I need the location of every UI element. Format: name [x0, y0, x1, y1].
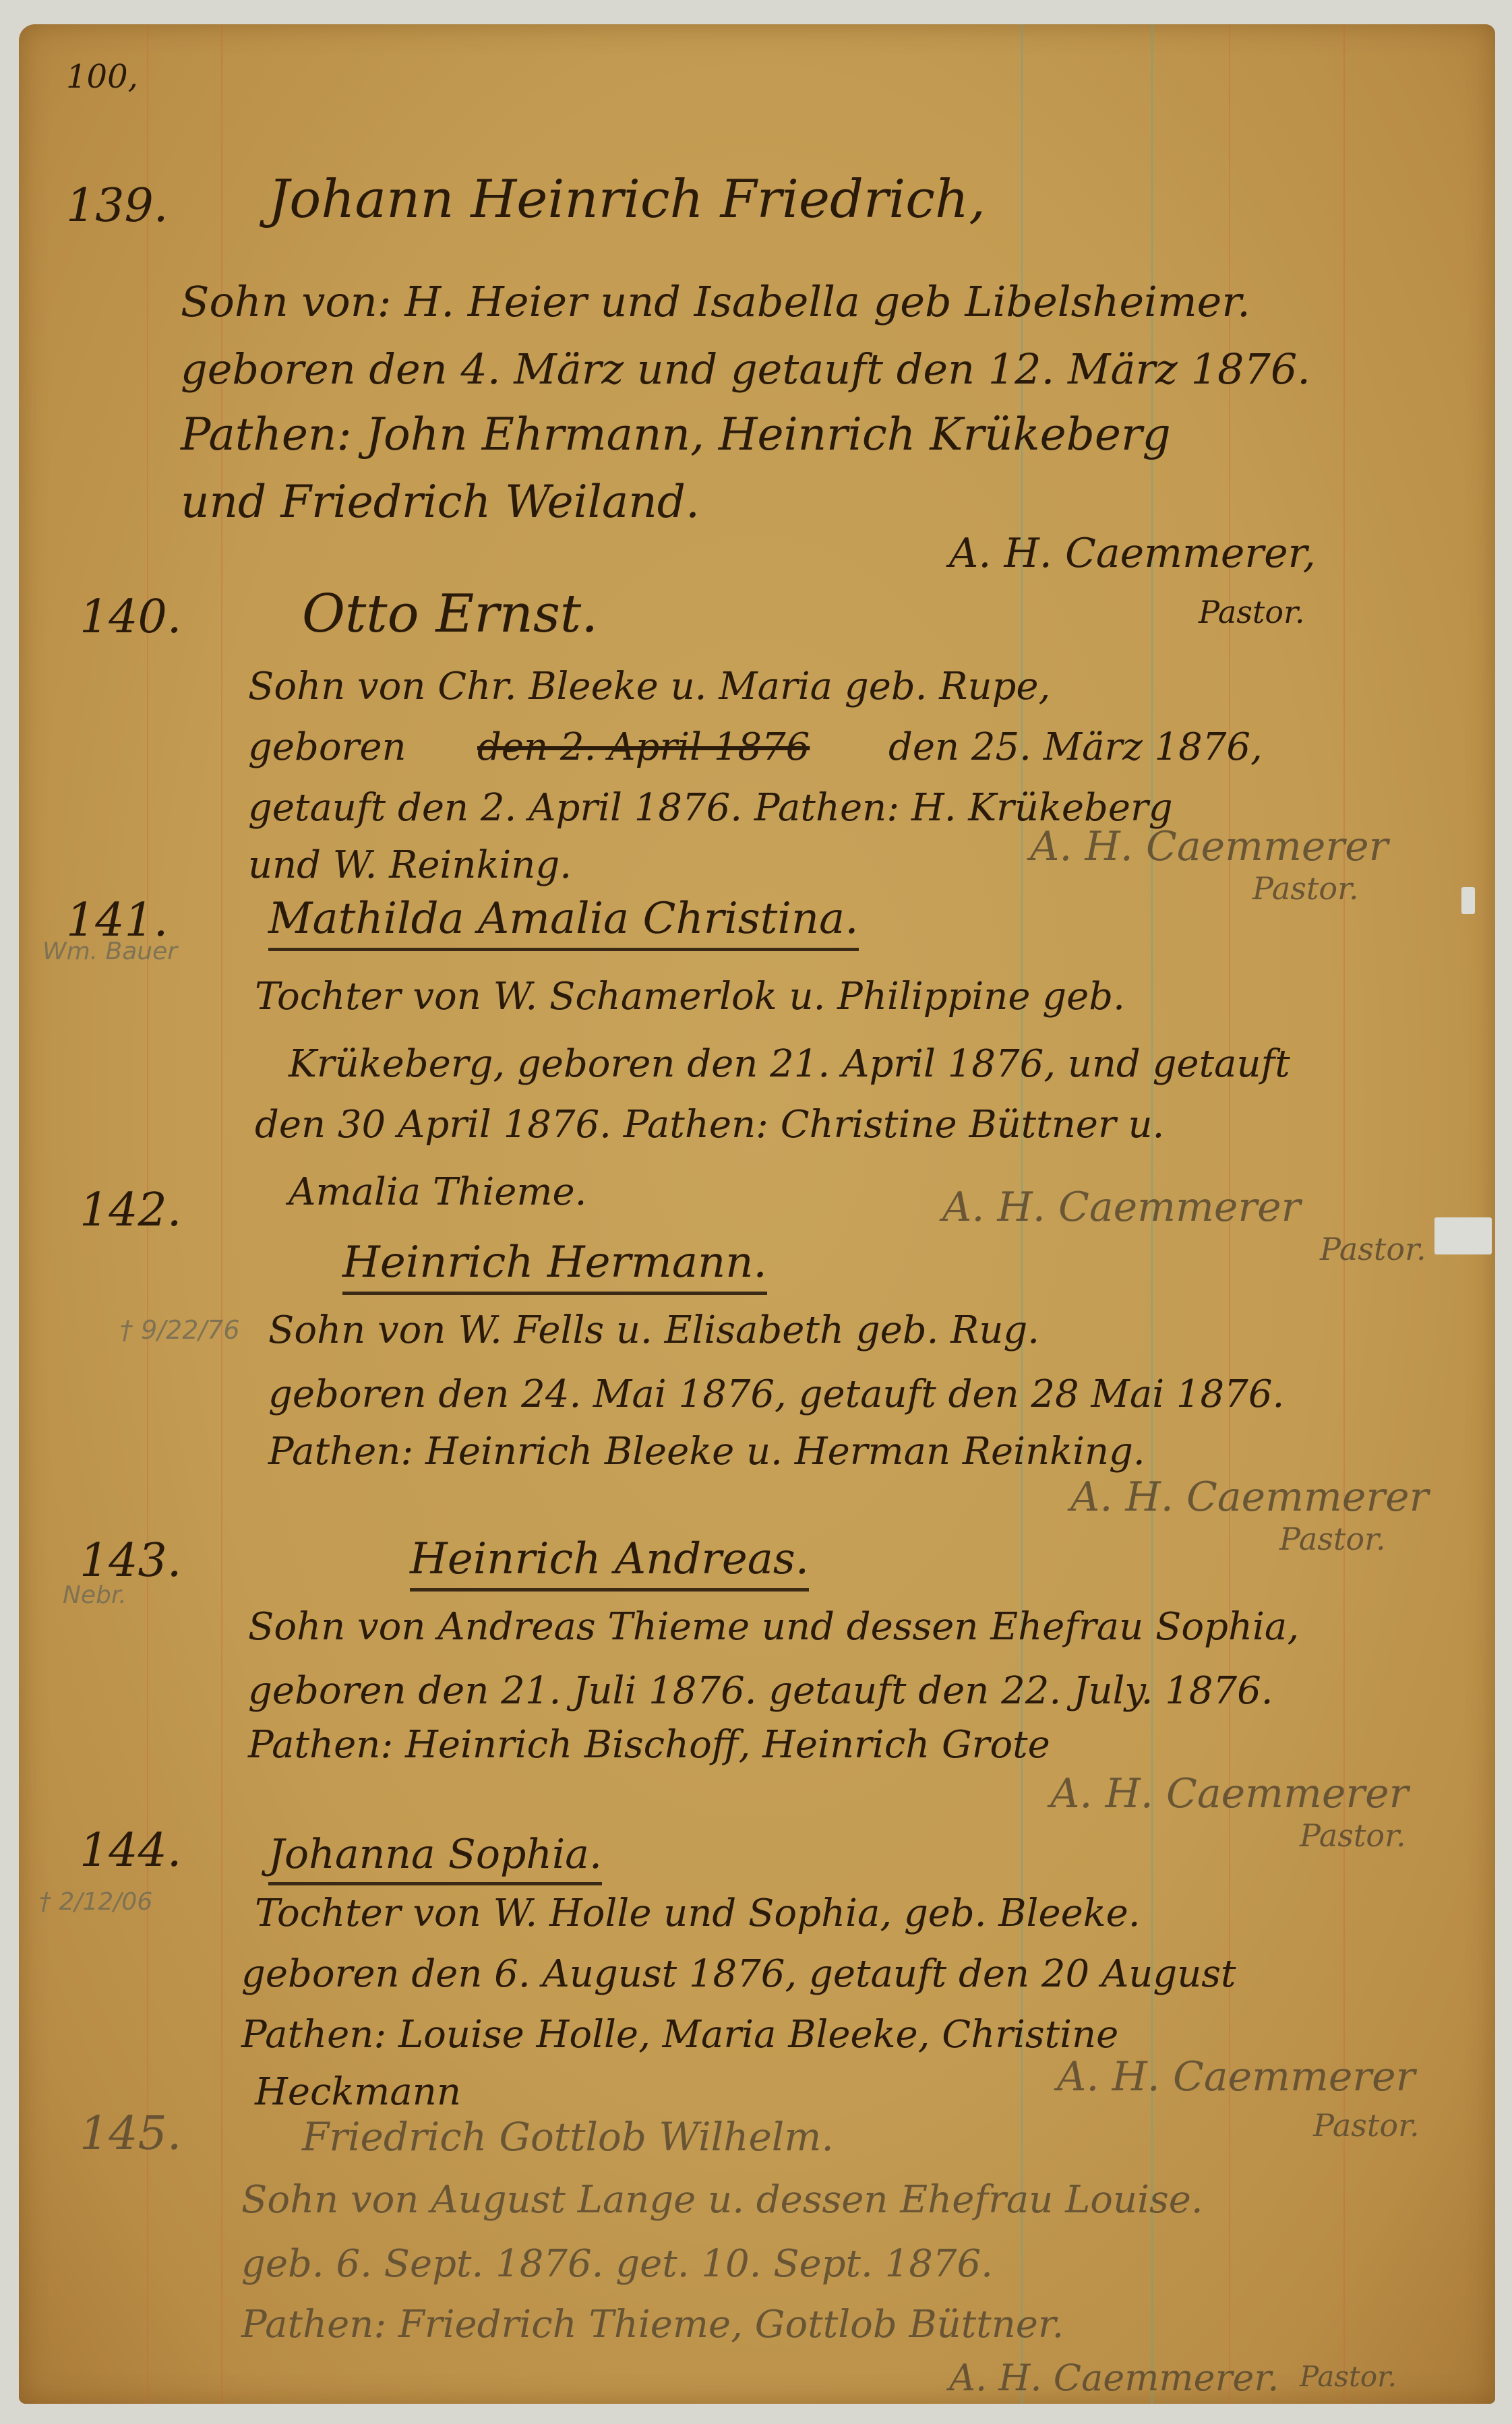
entry-number: 139.	[66, 179, 168, 233]
pastor-title: Pastor.	[1199, 594, 1305, 630]
margin-note: † 9/22/76	[120, 1315, 240, 1345]
entry-line: Pathen: John Ehrmann, Heinrich Krükeberg	[181, 408, 1171, 460]
entry-number: 143.	[80, 1534, 181, 1587]
entry-name: Friedrich Gottlob Wilhelm.	[302, 2114, 834, 2160]
entry-line: und Friedrich Weiland.	[181, 476, 700, 528]
entry-line: und W. Reinking.	[248, 843, 572, 887]
pastor-signature: A. H. Caemmerer	[1050, 1770, 1408, 1817]
pastor-signature: A. H. Caemmerer.	[949, 2357, 1279, 2399]
entry-number: 145.	[80, 2107, 181, 2160]
entry-line: Sohn von W. Fells u. Elisabeth geb. Rug.	[268, 1308, 1039, 1352]
entry-line: Sohn von Chr. Bleeke u. Maria geb. Rupe,	[248, 665, 1050, 708]
margin-note: † 2/12/06	[39, 1888, 152, 1916]
entry-line: geboren den 24. Mai 1876, getauft den 28…	[268, 1372, 1284, 1416]
entry-line: Krükeberg, geboren den 21. April 1876, u…	[289, 1042, 1290, 1086]
entry-line: geboren den 6. August 1876, getauft den …	[241, 1952, 1236, 1996]
entry-line: Sohn von: H. Heier und Isabella geb Libe…	[181, 277, 1250, 326]
entry-line: Heckmann	[255, 2070, 461, 2114]
entry-line: Sohn von August Lange u. dessen Ehefrau …	[241, 2178, 1203, 2222]
entry-line: geboren den 21. Juli 1876. getauft den 2…	[248, 1669, 1273, 1713]
pastor-title: Pastor.	[1300, 2360, 1397, 2393]
entry-number: 142.	[80, 1184, 181, 1237]
pastor-title: Pastor.	[1313, 2107, 1420, 2144]
entry-line: Amalia Thieme.	[289, 1170, 586, 1214]
paper-tear	[1461, 887, 1475, 914]
margin-note: Nebr.	[63, 1581, 127, 1609]
column-rule-red	[1343, 24, 1345, 2404]
entry-line: den 25. März 1876,	[888, 725, 1263, 769]
pastor-title: Pastor.	[1300, 1817, 1406, 1854]
margin-note: Wm. Bauer	[42, 938, 177, 965]
entry-line: Tochter von W. Schamerlok u. Philippine …	[255, 975, 1125, 1019]
entry-number: 144.	[80, 1824, 181, 1877]
entry-line: Pathen: Friedrich Thieme, Gottlob Büttne…	[241, 2303, 1064, 2346]
entry-line: geb. 6. Sept. 1876. get. 10. Sept. 1876.	[241, 2242, 993, 2286]
entry-name: Johann Heinrich Friedrich,	[268, 169, 986, 230]
pastor-title: Pastor.	[1252, 870, 1359, 907]
pastor-signature: A. H. Caemmerer	[942, 1184, 1300, 1231]
page-number: 100,	[66, 58, 138, 96]
entry-line: geboren	[248, 725, 406, 769]
entry-name: Mathilda Amalia Christina.	[268, 894, 859, 951]
pastor-signature: A. H. Caemmerer	[1057, 2053, 1415, 2100]
pastor-signature: A. H. Caemmerer	[1030, 823, 1388, 870]
entry-line: Sohn von Andreas Thieme und dessen Ehefr…	[248, 1605, 1299, 1649]
struck-date: den 2. April 1876	[477, 725, 810, 769]
entry-line: geboren den 4. März und getauft den 12. …	[181, 344, 1310, 394]
pastor-signature: A. H. Caemmerer	[1070, 1474, 1428, 1521]
entry-line: Tochter von W. Holle und Sophia, geb. Bl…	[255, 1891, 1141, 1935]
entry-line: Pathen: Heinrich Bischoff, Heinrich Grot…	[248, 1723, 1050, 1767]
entry-line: den 30 April 1876. Pathen: Christine Büt…	[255, 1103, 1164, 1147]
entry-line: Pathen: Heinrich Bleeke u. Herman Reinki…	[268, 1430, 1145, 1474]
entry-name: Heinrich Andreas.	[410, 1534, 809, 1592]
entry-number: 140.	[80, 590, 181, 644]
entry-name: Johanna Sophia.	[268, 1831, 602, 1885]
entry-name: Otto Ernst.	[302, 584, 598, 644]
entry-name: Heinrich Hermann.	[342, 1238, 767, 1295]
pastor-signature: A. H. Caemmerer,	[949, 530, 1316, 577]
register-page: 100, 139. Johann Heinrich Friedrich, Soh…	[19, 24, 1495, 2404]
pastor-title: Pastor.	[1320, 1231, 1426, 1267]
entry-line: Pathen: Louise Holle, Maria Bleeke, Chri…	[241, 2013, 1118, 2057]
pastor-title: Pastor.	[1279, 1521, 1386, 1557]
paper-tear	[1434, 1217, 1492, 1254]
